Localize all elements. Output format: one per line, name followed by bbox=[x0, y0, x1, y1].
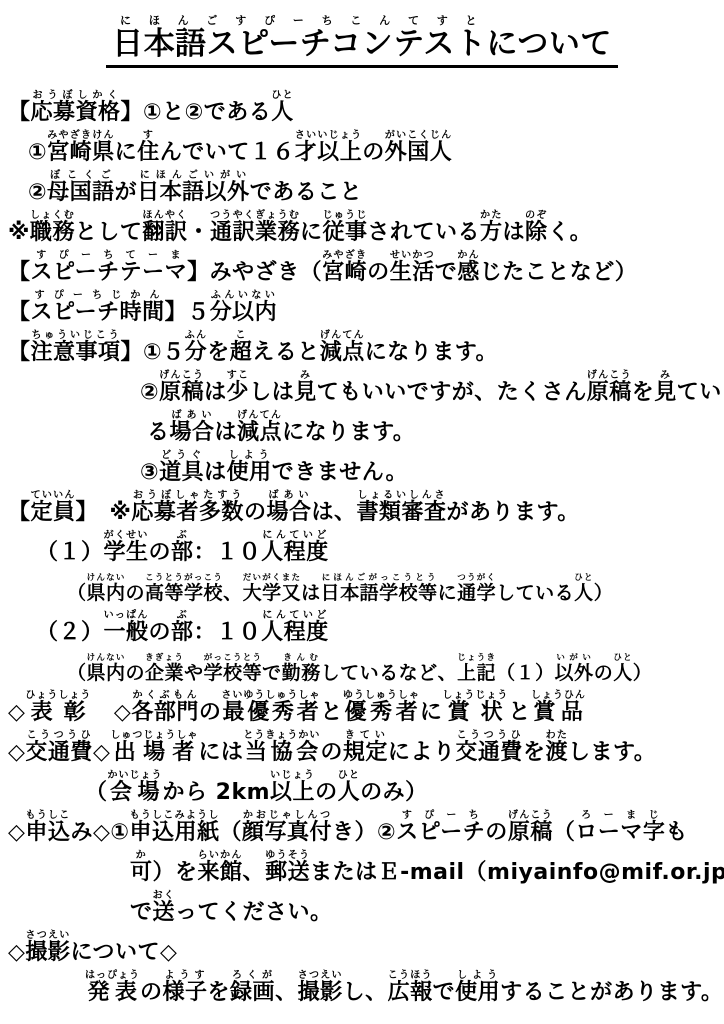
ruby-segment: 申込もうしこ bbox=[25, 810, 70, 844]
transportation-detail: （会場かいじょうから 2km以上いじょうの人ひとのみ） bbox=[0, 764, 724, 804]
text-segment: 】みやざき（ bbox=[187, 261, 322, 284]
text-segment: く。 bbox=[548, 221, 593, 244]
text-segment: に bbox=[300, 221, 323, 244]
text-segment: 【 bbox=[8, 101, 31, 124]
ruby-segment: 各部門かくぶもん bbox=[131, 690, 199, 724]
photography-heading: ◇撮影さつえいについて◇ bbox=[0, 924, 724, 964]
text-segment: （２） bbox=[36, 621, 104, 644]
ruby-segment: 方かた bbox=[480, 210, 503, 244]
text-segment: んでいて１６ bbox=[160, 141, 295, 164]
ruby-segment: 交通費こうつうひ bbox=[25, 730, 93, 764]
ruby-segment: 除のぞ bbox=[525, 210, 548, 244]
application-line-3: で送おくってください。 bbox=[0, 884, 724, 924]
text-segment: で bbox=[262, 664, 282, 684]
text-segment: 】①５ bbox=[121, 341, 185, 364]
text-segment: てもいいですが、たくさん bbox=[317, 381, 587, 404]
text-segment: （１） bbox=[496, 664, 555, 684]
ruby-segment: 分以内ふんいない bbox=[210, 290, 278, 324]
ruby-segment: 翻訳ほんやく bbox=[142, 210, 187, 244]
ruby-segment: 見み bbox=[654, 370, 677, 404]
notes-item-2-line-2: る場合ばあいは減点げんてんになります。 bbox=[0, 404, 724, 444]
text-segment: ◇ bbox=[8, 821, 25, 844]
text-segment: と bbox=[508, 701, 531, 724]
text-segment: の bbox=[199, 701, 222, 724]
text-segment: 】５ bbox=[165, 301, 210, 324]
text-segment: を bbox=[632, 381, 655, 404]
ruby-segment: 人程度にんていど bbox=[261, 530, 329, 564]
text-segment: ・ bbox=[187, 221, 210, 244]
text-segment: します。 bbox=[568, 741, 656, 764]
text-segment: も bbox=[665, 821, 688, 844]
text-segment: の bbox=[126, 664, 146, 684]
ruby-segment: 住す bbox=[137, 130, 160, 164]
ruby-segment: 学校等がっこうとう bbox=[204, 653, 263, 684]
ruby-segment: 学生がくせい bbox=[104, 530, 149, 564]
text-segment: る bbox=[147, 421, 170, 444]
ruby-segment: 賞状しょうじょう bbox=[442, 690, 508, 724]
ruby-segment: 分ふん bbox=[185, 330, 208, 364]
ruby-segment: 宮崎県みやざきけん bbox=[47, 130, 115, 164]
ruby-segment: 原稿げんこう bbox=[159, 370, 204, 404]
text-segment: （１） bbox=[36, 541, 104, 564]
eligibility-note: ※職務しょくむとして翻訳ほんやく・通訳業務つうやくぎょうむに従事じゅうじされてい… bbox=[0, 204, 724, 244]
text-segment: 【 bbox=[8, 301, 31, 324]
ruby-segment: 人ひと bbox=[338, 770, 361, 804]
ruby-segment: 書類審査しょるいしんさ bbox=[356, 490, 446, 524]
ruby-segment: 道具どうぐ bbox=[159, 450, 204, 484]
text-segment: ② bbox=[28, 181, 47, 204]
ruby-segment: 表彰ひょうしょう bbox=[25, 690, 91, 724]
text-segment: ◇ bbox=[93, 741, 110, 764]
ruby-segment: 優秀者ゆうしゅうしゃ bbox=[343, 690, 420, 724]
text-segment: （ bbox=[85, 781, 108, 804]
text-segment: ◇ bbox=[8, 941, 25, 964]
ruby-segment: 減点げんてん bbox=[237, 410, 282, 444]
text-segment: の bbox=[126, 584, 146, 604]
application-line-2: 可か）を来館らいかん、郵送ゆうそうまたはＥ-mail（miyainfo@mif.… bbox=[0, 844, 724, 884]
application-eligibility-heading: 【応募資格おうぼしかく】①と②である人ひと bbox=[0, 84, 724, 124]
ruby-segment: 広報こうほう bbox=[388, 970, 433, 1004]
ruby-segment: 送おく bbox=[153, 890, 176, 924]
text-segment: の bbox=[320, 741, 343, 764]
ruby-segment: 大学又だいがくまた bbox=[243, 573, 302, 604]
main-title: 日本語スピーチコンテストにほんごすぴーちこんてすとについて bbox=[0, 10, 724, 68]
ruby-segment: 感かん bbox=[457, 250, 480, 284]
capacity-student-division-detail: （県内けんないの高等学校こうとうがっこう、大学又だいがくまたは日本語学校等にほん… bbox=[0, 564, 724, 604]
notes-item-2-line-1: ②原稿げんこうは少すこしは見みてもいいですが、たくさん原稿げんこうを見みてい bbox=[0, 364, 724, 404]
ruby-segment: 会場かいじょう bbox=[108, 770, 163, 804]
text-segment: を bbox=[207, 341, 230, 364]
text-segment: ◇ bbox=[8, 741, 25, 764]
text-segment: ① bbox=[28, 141, 47, 164]
ruby-segment: 企業きぎょう bbox=[145, 653, 184, 684]
ruby-segment: 注意事項ちゅういじこう bbox=[31, 330, 121, 364]
text-segment: で bbox=[130, 901, 153, 924]
text-segment: じたことなど） bbox=[480, 261, 638, 284]
capacity-general-division: （２）一般いっぱんの部ぶ：１０人程度にんていど bbox=[0, 604, 724, 644]
text-segment: で bbox=[433, 981, 456, 1004]
ruby-segment: 規定きてい bbox=[343, 730, 388, 764]
text-segment: で bbox=[435, 261, 458, 284]
ruby-segment: 一般いっぱん bbox=[104, 610, 149, 644]
text-segment: ※ bbox=[8, 221, 30, 244]
transportation-line: ◇交通費こうつうひ◇出場者しゅつじょうしゃには当協会とうきょうかいの規定きていに… bbox=[0, 724, 724, 764]
text-segment: について◇ bbox=[70, 941, 177, 964]
ruby-segment: 定員ていいん bbox=[31, 490, 76, 524]
text-segment: またはＥ-mail（miyainfo@mif.or.jp） bbox=[310, 861, 724, 884]
text-segment: し、 bbox=[343, 981, 388, 1004]
text-segment: 】①と②である bbox=[121, 101, 272, 124]
ruby-segment: 原稿げんこう bbox=[508, 810, 553, 844]
ruby-segment: 来館らいかん bbox=[198, 850, 243, 884]
text-segment: しているなど、 bbox=[321, 664, 458, 684]
ruby-segment: 通訳業務つうやくぎょうむ bbox=[210, 210, 300, 244]
ruby-segment: 使用しよう bbox=[227, 450, 272, 484]
ruby-segment: 人ひと bbox=[574, 573, 594, 604]
text-segment: の bbox=[594, 664, 614, 684]
ruby-segment: 様子ようす bbox=[163, 970, 208, 1004]
eligibility-item-1: ①宮崎県みやざきけんに住すんでいて１６才以上さいいじょうの外国人がいこくじん bbox=[0, 124, 724, 164]
text-segment: 【 bbox=[8, 261, 31, 284]
text-segment: えると bbox=[252, 341, 320, 364]
ruby-segment: 以外いがい bbox=[555, 653, 594, 684]
text-segment: することがあります。 bbox=[500, 981, 723, 1004]
text-segment: てい bbox=[677, 381, 722, 404]
ruby-segment: 録画ろくが bbox=[230, 970, 275, 1004]
ruby-segment: 日本語学校等にほんごがっこうとう bbox=[321, 573, 438, 604]
text-segment: ◇ bbox=[8, 701, 25, 724]
photography-detail: 発表はっぴょうの様子ようすを録画ろくが、撮影さつえいし、広報こうほうで使用しよう… bbox=[0, 964, 724, 1004]
text-segment: であること bbox=[250, 181, 363, 204]
ruby-segment: 場合ばあい bbox=[170, 410, 215, 444]
text-segment: は bbox=[204, 381, 227, 404]
ruby-segment: 日本語スピーチコンテストにほんごすぴーちこんてすと bbox=[112, 14, 486, 61]
ruby-segment: 顔写真付かおじゃしんつ bbox=[242, 810, 332, 844]
text-segment: き）② bbox=[332, 821, 396, 844]
text-segment: ② bbox=[140, 381, 159, 404]
text-segment: ◇ bbox=[91, 701, 131, 724]
text-segment: は bbox=[301, 584, 321, 604]
ruby-segment: 渡わた bbox=[545, 730, 568, 764]
ruby-segment: 日本語以外にほんごいがい bbox=[137, 170, 250, 204]
text-segment: になります。 bbox=[282, 421, 415, 444]
text-segment: に bbox=[420, 701, 443, 724]
text-segment: になります。 bbox=[365, 341, 498, 364]
text-segment: は bbox=[503, 221, 526, 244]
ruby-segment: 撮影さつえい bbox=[25, 930, 70, 964]
ruby-segment: 応募資格おうぼしかく bbox=[31, 90, 121, 124]
speech-time-heading: 【スピーチ時間すぴーちじかん】５分以内ふんいない bbox=[0, 284, 724, 324]
ruby-segment: 生活せいかつ bbox=[390, 250, 435, 284]
text-segment: のみ） bbox=[360, 781, 428, 804]
capacity-heading: 【定員ていいん】 ※応募者多数おうぼしゃたすうの場合ばあいは、書類審査しょるいし… bbox=[0, 484, 724, 524]
text-segment: の bbox=[140, 981, 163, 1004]
text-segment: 【 bbox=[8, 341, 31, 364]
ruby-segment: 県内けんない bbox=[87, 653, 126, 684]
ruby-segment: 部ぶ bbox=[171, 530, 194, 564]
awards-line: ◇表彰ひょうしょう ◇各部門かくぶもんの最優秀者さいゆうしゅうしゃと優秀者ゆうし… bbox=[0, 684, 724, 724]
text-segment: できません。 bbox=[272, 461, 408, 484]
text-segment: として bbox=[75, 221, 143, 244]
text-segment: と bbox=[320, 701, 343, 724]
ruby-segment: 部ぶ bbox=[171, 610, 194, 644]
text-segment: について bbox=[486, 28, 611, 61]
text-segment: 【 bbox=[8, 501, 31, 524]
text-segment: から 2km bbox=[163, 781, 271, 804]
ruby-segment: ローマ字ろーまじ bbox=[575, 810, 665, 844]
text-segment: の bbox=[367, 261, 390, 284]
ruby-segment: 交通費こうつうひ bbox=[455, 730, 523, 764]
text-segment: は、 bbox=[311, 501, 356, 524]
text-segment: を bbox=[523, 741, 546, 764]
text-segment: （ bbox=[220, 821, 243, 844]
ruby-segment: 撮影さつえい bbox=[298, 970, 343, 1004]
text-segment: の bbox=[485, 821, 508, 844]
ruby-segment: 母国語ぼこくご bbox=[47, 170, 115, 204]
ruby-segment: スピーチテーマすぴーちてーま bbox=[31, 250, 188, 284]
text-segment: しは bbox=[249, 381, 294, 404]
eligibility-item-2: ②母国語ぼこくごが日本語以外にほんごいがいであること bbox=[0, 164, 724, 204]
ruby-segment: 見み bbox=[294, 370, 317, 404]
ruby-segment: 職務しょくむ bbox=[30, 210, 75, 244]
capacity-general-division-detail: （県内けんないの企業きぎょうや学校等がっこうとうで勤務きんむしているなど、上記じ… bbox=[0, 644, 724, 684]
speech-theme-heading: 【スピーチテーマすぴーちてーま】みやざき（宮崎みやざきの生活せいかつで感かんじた… bbox=[0, 244, 724, 284]
text-segment: や bbox=[184, 664, 204, 684]
text-segment: （ bbox=[553, 821, 576, 844]
text-segment: により bbox=[388, 741, 456, 764]
capacity-student-division: （１）学生がくせいの部ぶ：１０人程度にんていど bbox=[0, 524, 724, 564]
ruby-segment: 以上いじょう bbox=[270, 770, 315, 804]
text-segment: ：１０ bbox=[194, 541, 262, 564]
text-segment: （ bbox=[67, 664, 87, 684]
text-segment: ） bbox=[594, 584, 614, 604]
text-segment: を bbox=[208, 981, 231, 1004]
ruby-segment: 従事じゅうじ bbox=[322, 210, 367, 244]
text-segment: 、 bbox=[223, 584, 243, 604]
ruby-segment: 人ひと bbox=[271, 90, 294, 124]
text-segment: は bbox=[204, 461, 227, 484]
ruby-segment: 申込用紙もうしこみようし bbox=[129, 810, 219, 844]
text-segment: されている bbox=[368, 221, 481, 244]
ruby-segment: 通学つうがく bbox=[457, 573, 496, 604]
text-segment: ってください。 bbox=[175, 901, 333, 924]
document: 日本語スピーチコンテストにほんごすぴーちこんてすとについて【応募資格おうぼしかく… bbox=[0, 0, 724, 1004]
ruby-segment: 県内けんない bbox=[87, 573, 126, 604]
text-segment: が bbox=[115, 181, 138, 204]
text-segment: の bbox=[149, 621, 172, 644]
text-segment: ③ bbox=[140, 461, 159, 484]
text-segment: （ bbox=[67, 584, 87, 604]
ruby-segment: 外国人がいこくじん bbox=[385, 130, 453, 164]
ruby-segment: 賞品しょうひん bbox=[531, 690, 586, 724]
ruby-segment: 場合ばあい bbox=[266, 490, 311, 524]
ruby-segment: 少すこ bbox=[227, 370, 250, 404]
text-segment: は bbox=[215, 421, 238, 444]
ruby-segment: 原稿げんこう bbox=[587, 370, 632, 404]
ruby-segment: 宮崎みやざき bbox=[322, 250, 367, 284]
text-segment: があります。 bbox=[447, 501, 580, 524]
text-segment: に bbox=[438, 584, 458, 604]
page-title-underline: 日本語スピーチコンテストにほんごすぴーちこんてすとについて bbox=[106, 14, 618, 68]
ruby-segment: 最優秀者さいゆうしゅうしゃ bbox=[221, 690, 320, 724]
ruby-segment: 減点げんてん bbox=[320, 330, 365, 364]
text-segment: 】 ※ bbox=[76, 501, 132, 524]
text-segment: の bbox=[149, 541, 172, 564]
application-line-1: ◇申込もうしこみ◇①申込用紙もうしこみようし（顔写真付かおじゃしんつき）②スピー… bbox=[0, 804, 724, 844]
ruby-segment: 人程度にんていど bbox=[261, 610, 329, 644]
text-segment: に bbox=[115, 141, 138, 164]
text-segment: 、 bbox=[275, 981, 298, 1004]
ruby-segment: 上記じょうき bbox=[457, 653, 496, 684]
ruby-segment: 発表はっぴょう bbox=[85, 970, 140, 1004]
ruby-segment: 超こ bbox=[230, 330, 253, 364]
ruby-segment: 才以上さいいじょう bbox=[295, 130, 363, 164]
notes-heading-item-1: 【注意事項ちゅういじこう】①５分ふんを超こえると減点げんてんになります。 bbox=[0, 324, 724, 364]
text-segment: の bbox=[244, 501, 267, 524]
text-segment: ） bbox=[633, 664, 653, 684]
notes-item-3: ③道具どうぐは使用しようできません。 bbox=[0, 444, 724, 484]
text-segment: の bbox=[315, 781, 338, 804]
text-segment: ：１０ bbox=[194, 621, 262, 644]
ruby-segment: 人ひと bbox=[613, 653, 633, 684]
text-segment: の bbox=[362, 141, 385, 164]
text-segment: み◇① bbox=[70, 821, 129, 844]
ruby-segment: 応募者多数おうぼしゃたすう bbox=[131, 490, 244, 524]
ruby-segment: 当協会とうきょうかい bbox=[243, 730, 320, 764]
ruby-segment: 可か bbox=[130, 850, 153, 884]
text-segment: には bbox=[198, 741, 243, 764]
text-segment: している bbox=[496, 584, 574, 604]
ruby-segment: スピーチ時間すぴーちじかん bbox=[31, 290, 165, 324]
ruby-segment: 郵送ゆうそう bbox=[265, 850, 310, 884]
ruby-segment: 使用しよう bbox=[455, 970, 500, 1004]
ruby-segment: 勤務きんむ bbox=[282, 653, 321, 684]
ruby-segment: 出場者しゅつじょうしゃ bbox=[110, 730, 198, 764]
text-segment: ）を bbox=[153, 861, 198, 884]
text-segment: 、 bbox=[243, 861, 266, 884]
ruby-segment: スピーチすぴーち bbox=[396, 810, 485, 844]
ruby-segment: 高等学校こうとうがっこう bbox=[145, 573, 223, 604]
